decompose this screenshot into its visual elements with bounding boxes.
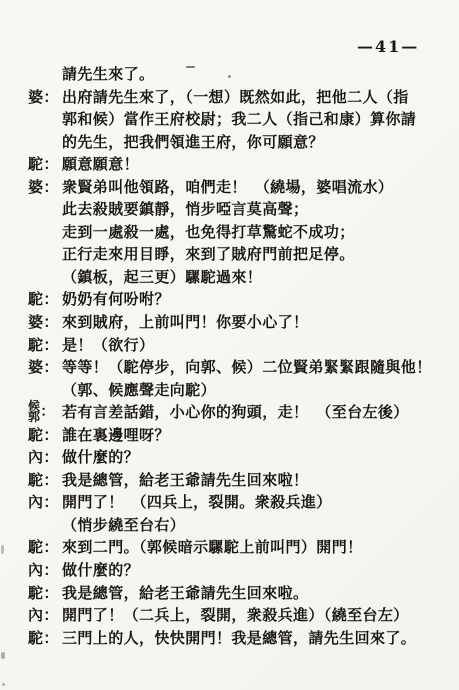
scan-artifact (186, 66, 195, 68)
dialogue-text: 來到二門。（郭候暗示騾駝上前叫門）開門！ (62, 536, 459, 559)
dialogue-text: 奶奶有何吩咐？ (62, 288, 459, 311)
speaker-label: 駝： (28, 469, 62, 492)
speaker-stack-column: 候 郭 (28, 401, 40, 423)
dialogue-line: 內： 開門了！（二兵上，裂開，衆殺兵進）（繞至台左） (0, 604, 459, 627)
speaker-label: 駝： (28, 424, 62, 447)
stage-direction-line: （悄步繞至台右） (0, 514, 459, 537)
dialogue-line: 婆： 來到賊府，上前叫門！你要小心了！ (0, 311, 459, 334)
dialogue-line: 內： 開門了！ （四兵上，裂開。衆殺兵進） (0, 491, 459, 514)
scan-artifact (1, 652, 5, 659)
speaker-label: 婆： (28, 176, 62, 199)
dialogue-line: 婆： 等等！（駝停步，向郭、候）二位賢弟緊緊跟隨與他！ (0, 356, 459, 379)
dialogue-line-dual-speaker: 候 郭 ： 若有言差話錯，小心你的狗頭，走！ （至台左後） (0, 401, 459, 424)
dialogue-line: 內： 做什麼的？ (0, 559, 459, 582)
dialogue-line: 駝： 三門上的人，快快開門！我是總管，請先生回來了。 (0, 627, 459, 650)
dialogue-line: 駝： 來到二門。（郭候暗示騾駝上前叫門）開門！ (0, 536, 459, 559)
dialogue-text: 等等！（駝停步，向郭、候）二位賢弟緊緊跟隨與他！ (62, 356, 459, 379)
speaker-label: 婆： (28, 356, 62, 379)
dialogue-text: 我是總管，給老王爺請先生回來啦！ (62, 469, 459, 492)
sung-verse-line: 走到一處殺一處，也免得打草驚蛇不成功； (0, 221, 459, 244)
dialogue-text: （鎮板，起三更）騾駝過來！ (62, 266, 459, 289)
sung-verse-line: 正行走來用目睜，來到了賊府門前把足停。 (0, 243, 459, 266)
speaker-label: 駝： (28, 288, 62, 311)
speaker-label: 駝： (28, 153, 62, 176)
dialogue-lines: 請先生來了。 婆： 出府請先生來了，（一想）既然如此，把他二人（指 郭和候）當作… (0, 63, 459, 649)
speaker-label: 內： (28, 446, 62, 469)
dialogue-line: 駝： 我是總管，給老王爺請先生回來啦。 (0, 582, 459, 605)
dialogue-line: 駝： 誰在裏邊哩呀？ (0, 424, 459, 447)
dialogue-text: 做什麼的？ (62, 559, 459, 582)
sung-verse-line: 此去殺賊要鎮靜，悄步啞言莫高聲； (0, 198, 459, 221)
dialogue-text: 此去殺賊要鎮靜，悄步啞言莫高聲； (62, 198, 459, 221)
dialogue-line: 婆： 出府請先生來了，（一想）既然如此，把他二人（指 (0, 86, 459, 109)
dialogue-text: 請先生來了。 (62, 63, 459, 86)
dialogue-line: 內： 做什麼的？ (0, 446, 459, 469)
dialogue-line: 駝： 願意願意！ (0, 153, 459, 176)
speaker-colon: ： (40, 405, 54, 419)
dialogue-line: 駝： 我是總管，給老王爺請先生回來啦！ (0, 469, 459, 492)
dialogue-text: 是！（欲行） (62, 334, 459, 357)
dialogue-text: 開門了！（二兵上，裂開，衆殺兵進）（繞至台左） (62, 604, 459, 627)
continuation-line: 的先生，把我們領進王府，你可願意？ (0, 131, 459, 154)
scanned-script-page: —41— 請先生來了。 婆： 出府請先生來了，（一想）既然如此，把他二人（指 郭… (0, 0, 459, 690)
dialogue-text: 三門上的人，快快開門！我是總管，請先生回來了。 (62, 627, 459, 650)
dialogue-line: 駝： 是！（欲行） (0, 334, 459, 357)
speaker-bottom: 郭 (28, 412, 40, 423)
dialogue-line: 婆： 衆賢弟叫他領路，咱們走！ （繞場，婆唱流水） (0, 176, 459, 199)
scan-artifact (1, 545, 4, 554)
speaker-label: 內： (28, 559, 62, 582)
dialogue-text: 郭和候）當作王府校尉；我二人（指己和康）算你請 (62, 108, 459, 131)
speaker-label: 駝： (28, 582, 62, 605)
page-number: —41— (357, 37, 419, 56)
dialogue-text: 做什麼的？ (62, 446, 459, 469)
speaker-label: 婆： (28, 311, 62, 334)
speaker-label-stacked: 候 郭 ： (28, 401, 62, 424)
dialogue-text: 走到一處殺一處，也免得打草驚蛇不成功； (62, 221, 459, 244)
continuation-line: 郭和候）當作王府校尉；我二人（指己和康）算你請 (0, 108, 459, 131)
dialogue-text: 我是總管，給老王爺請先生回來啦。 (62, 582, 459, 605)
dialogue-text: 若有言差話錯，小心你的狗頭，走！ （至台左後） (62, 401, 459, 424)
speaker-label: 內： (28, 604, 62, 627)
scan-artifact (2, 683, 5, 686)
dialogue-text: 的先生，把我們領進王府，你可願意？ (62, 131, 459, 154)
stage-direction-line: （郭、候應聲走向駝） (0, 379, 459, 402)
dialogue-text: 開門了！ （四兵上，裂開。衆殺兵進） (62, 491, 459, 514)
dialogue-text: 來到賊府，上前叫門！你要小心了！ (62, 311, 459, 334)
dialogue-text: 出府請先生來了，（一想）既然如此，把他二人（指 (62, 86, 459, 109)
dialogue-text: 衆賢弟叫他領路，咱們走！ （繞場，婆唱流水） (62, 176, 459, 199)
speaker-label: 駝： (28, 536, 62, 559)
stage-direction-line: （鎮板，起三更）騾駝過來！ (0, 266, 459, 289)
dialogue-text: 正行走來用目睜，來到了賊府門前把足停。 (62, 243, 459, 266)
dialogue-text: 願意願意！ (62, 153, 459, 176)
speaker-label: 婆： (28, 86, 62, 109)
speaker-label: 駝： (28, 627, 62, 650)
dialogue-text: 誰在裏邊哩呀？ (62, 424, 459, 447)
dialogue-text: （郭、候應聲走向駝） (62, 379, 459, 402)
speaker-label: 駝： (28, 334, 62, 357)
dialogue-line: 駝： 奶奶有何吩咐？ (0, 288, 459, 311)
speaker-label: 內： (28, 491, 62, 514)
scan-artifact (228, 75, 231, 78)
dialogue-text: （悄步繞至台右） (62, 514, 459, 537)
